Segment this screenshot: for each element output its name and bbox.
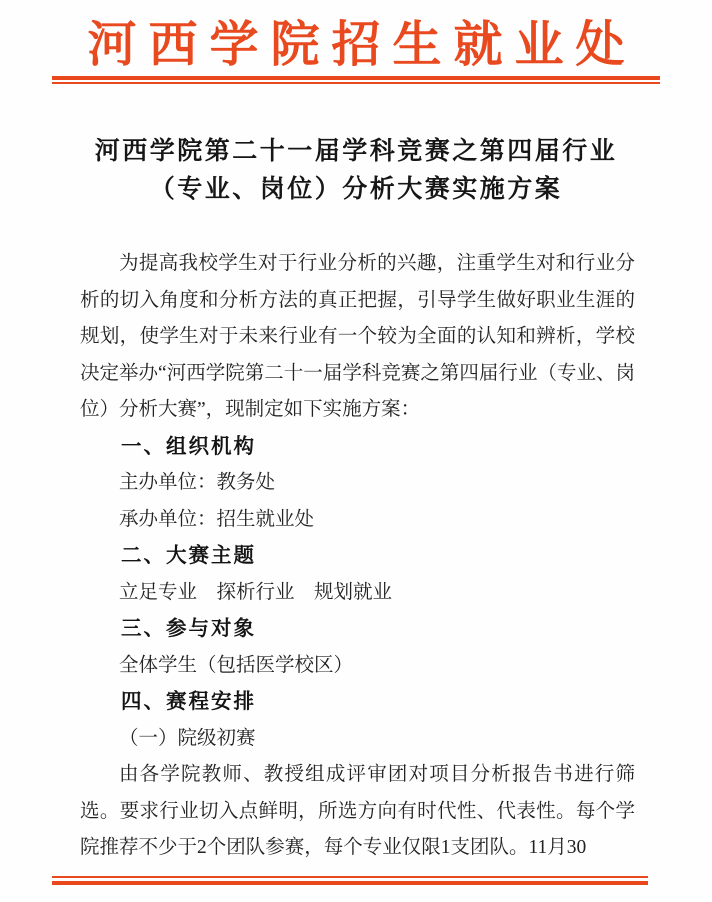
body-paragraph: 为提高我校学生对于行业分析的兴趣，注重学生对和行业分析的切入角度和分析方法的真正… bbox=[80, 246, 635, 429]
header-rule-thick bbox=[52, 76, 660, 80]
document-title: 河西学院第二十一届学科竞赛之第四届行业 （专业、岗位）分析大赛实施方案 bbox=[0, 133, 712, 209]
footer-rule-thin bbox=[52, 876, 648, 878]
footer-rule-thick bbox=[52, 881, 648, 885]
document-title-line2: （专业、岗位）分析大赛实施方案 bbox=[0, 171, 712, 209]
document-title-line1: 河西学院第二十一届学科竞赛之第四届行业 bbox=[0, 133, 712, 171]
detail-line: 全体学生（包括医学校区） bbox=[80, 648, 635, 685]
section-heading: 二、大赛主题 bbox=[80, 538, 635, 575]
sub-section-heading: （一）院级初赛 bbox=[80, 721, 635, 758]
footer-rules bbox=[52, 876, 648, 885]
body-paragraph: 由各学院教师、教授组成评审团对项目分析报告书进行筛选。要求行业切入点鲜明，所选方… bbox=[80, 757, 635, 867]
detail-line: 主办单位：教务处 bbox=[80, 465, 635, 502]
section-heading: 四、赛程安排 bbox=[80, 684, 635, 721]
section-heading: 一、组织机构 bbox=[80, 429, 635, 466]
section-heading: 三、参与对象 bbox=[80, 611, 635, 648]
detail-line: 承办单位：招生就业处 bbox=[80, 502, 635, 539]
header-rules bbox=[52, 76, 660, 84]
document-body: 为提高我校学生对于行业分析的兴趣，注重学生对和行业分析的切入角度和分析方法的真正… bbox=[80, 246, 635, 867]
banner-title: 河西学院招生就业处 bbox=[0, 0, 712, 74]
detail-line: 立足专业 探析行业 规划就业 bbox=[80, 575, 635, 612]
header-rule-thin bbox=[52, 82, 660, 84]
